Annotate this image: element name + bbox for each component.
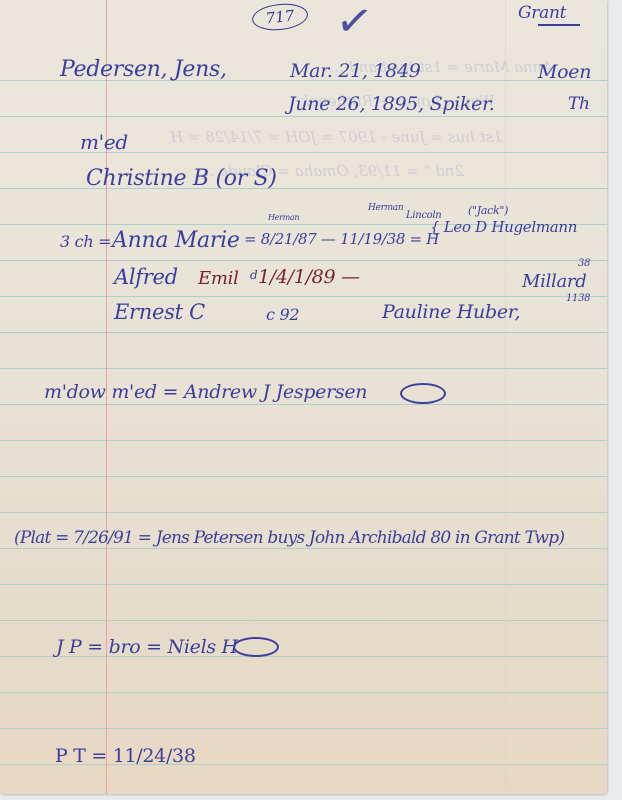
rule-line bbox=[0, 332, 607, 333]
rule-line bbox=[0, 512, 607, 513]
land-purchase-note: (Plat = 7/26/91 = Jens Petersen buys Joh… bbox=[14, 528, 564, 548]
record-number: 717 bbox=[265, 7, 295, 28]
child-name-ernest: Ernest C bbox=[114, 300, 205, 324]
faint-vertical-line bbox=[505, 0, 506, 794]
rule-line bbox=[0, 116, 607, 117]
child-place-alfred: Millard bbox=[522, 271, 586, 292]
note-above: Herman bbox=[368, 203, 403, 213]
rule-line bbox=[0, 296, 607, 297]
birth-date: Mar. 21, 1849 bbox=[290, 60, 421, 82]
child-date-alfred-red: 1/4/1/89 — bbox=[258, 266, 360, 288]
child-name-emil-red: Emil bbox=[198, 268, 239, 289]
spouse-note: 1138 bbox=[566, 293, 590, 304]
rule-line bbox=[0, 260, 607, 261]
oval-mark-icon bbox=[233, 637, 279, 657]
date-prefix: d bbox=[250, 268, 257, 282]
rule-line bbox=[0, 476, 607, 477]
death-record-note: P T = 11/24/38 bbox=[55, 745, 196, 767]
children-count-label: 3 ch = bbox=[60, 232, 111, 251]
ruled-paper-sheet: Anna Marie = 1st husband ... Wm ... Juni… bbox=[0, 0, 607, 794]
record-number-circled: 717 bbox=[251, 1, 309, 33]
child-spouse-anna-marie: { Leo D Hugelmann bbox=[430, 218, 577, 236]
bleed-through-text: 1st hus = June - 1907 = JOH = 7/14/28 = … bbox=[170, 128, 503, 146]
checkmark-icon: ✓ bbox=[333, 0, 376, 49]
death-place-abbrev: Th bbox=[568, 94, 590, 114]
rule-line bbox=[0, 692, 607, 693]
birth-place: Moen bbox=[538, 61, 591, 83]
rule-line bbox=[0, 728, 607, 729]
rule-line bbox=[0, 368, 607, 369]
child-name-anna-marie: Anna Marie bbox=[112, 228, 240, 253]
married-label: m'ed bbox=[80, 130, 128, 154]
brother-note: J P = bro = Niels H bbox=[56, 636, 238, 658]
township-label: Grant bbox=[518, 3, 566, 23]
person-name: Pedersen, Jens, bbox=[60, 57, 227, 82]
child-note-ernest: c 92 bbox=[266, 305, 299, 324]
rule-line bbox=[0, 548, 607, 549]
note-above: Herman bbox=[268, 213, 299, 222]
rule-line bbox=[0, 584, 607, 585]
child-dates-anna-marie: = 8/21/87 — 11/19/38 = H bbox=[244, 230, 439, 248]
child-spouse-ernest: Pauline Huber, bbox=[382, 301, 520, 323]
rule-line bbox=[0, 440, 607, 441]
rule-line bbox=[0, 404, 607, 405]
oval-mark-icon bbox=[400, 383, 446, 404]
place-note: 38 bbox=[578, 258, 590, 269]
death-date-place: June 26, 1895, Spiker. bbox=[288, 93, 495, 115]
widow-remarried-note: m'dow m'ed = Andrew J Jespersen bbox=[44, 381, 367, 403]
child-name-alfred: Alfred bbox=[114, 265, 178, 289]
township-underline bbox=[538, 24, 580, 26]
spouse-nickname: ("Jack") bbox=[468, 204, 508, 217]
spouse-name: Christine B (or S) bbox=[86, 166, 277, 191]
rule-line bbox=[0, 620, 607, 621]
